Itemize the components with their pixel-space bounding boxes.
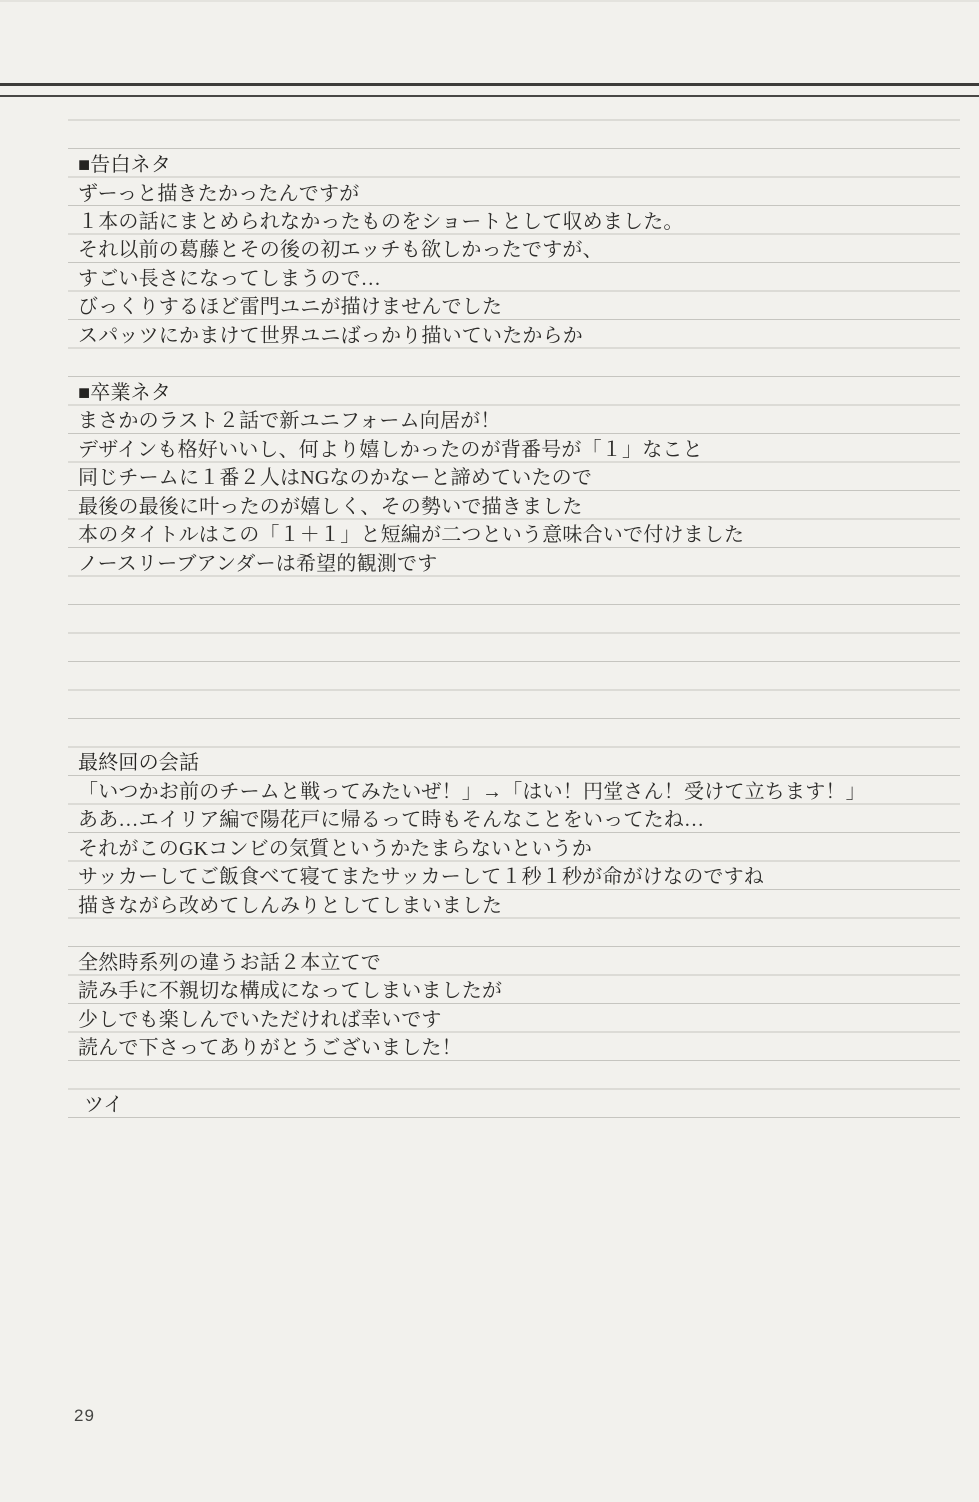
signature: ツイ (84, 1093, 123, 1117)
text-line: サッカーしてご飯食べて寝てまたサッカーして１秒１秒が命がけなのですね (78, 865, 764, 889)
text-line: 「いつかお前のチームと戦ってみたいぜ！」→「はい！円堂さん！受けて立ちます！」 (78, 780, 866, 804)
text-line: デザインも格好いいし、何より嬉しかったのが背番号が「１」なこと (78, 438, 703, 462)
text-line: スパッツにかまけて世界ユニばっかり描いていたからか (78, 324, 583, 348)
text-line: それ以前の葛藤とその後の初エッチも欲しかったですが、 (78, 238, 603, 262)
section-heading: ■告白ネタ (78, 153, 171, 177)
text-line: ノースリーブアンダーは希望的観測です (78, 552, 437, 576)
text-line: 読み手に不親切な構成になってしまいましたが (78, 979, 502, 1003)
text-line: すごい長さになってしまうので… (78, 267, 381, 291)
text-line: 描きながら改めてしんみりとしてしまいました (78, 894, 502, 918)
text-line: 少しでも楽しんでいただければ幸いです (78, 1008, 442, 1032)
text-line: １本の話にまとめられなかったものをショートとして収めました。 (78, 210, 684, 234)
text-line: 全然時系列の違うお話２本立てで (78, 951, 381, 975)
section-heading: 最終回の会話 (78, 751, 199, 775)
text-line: 最後の最後に叶ったのが嬉しく、その勢いで描きました (78, 495, 583, 519)
text-line: それがこのGKコンビの気質というかたまらないというか (78, 837, 592, 861)
text-line: まさかのラスト２話で新ユニフォーム向居が！ (78, 409, 501, 433)
section-heading: ■卒業ネタ (78, 381, 171, 405)
text-line: ずーっと描きたかったんですが (78, 182, 359, 206)
header-double-rule-top (0, 83, 979, 86)
text-line: 本のタイトルはこの「１＋１」と短編が二つという意味合いで付けました (78, 523, 744, 547)
page-number: 29 (74, 1406, 95, 1426)
text-line: びっくりするほど雷門ユニが描けませんでした (78, 295, 502, 319)
text-line: ああ…エイリア編で陽花戸に帰るって時もそんなことをいってたね… (78, 808, 704, 832)
scanned-page: ■告白ネタ ずーっと描きたかったんですが １本の話にまとめられなかったものをショ… (0, 0, 979, 1502)
text-line: 読んで下さってありがとうございました！ (78, 1036, 462, 1060)
text-line: 同じチームに１番２人はNGなのかなーと諦めていたので (78, 466, 592, 490)
